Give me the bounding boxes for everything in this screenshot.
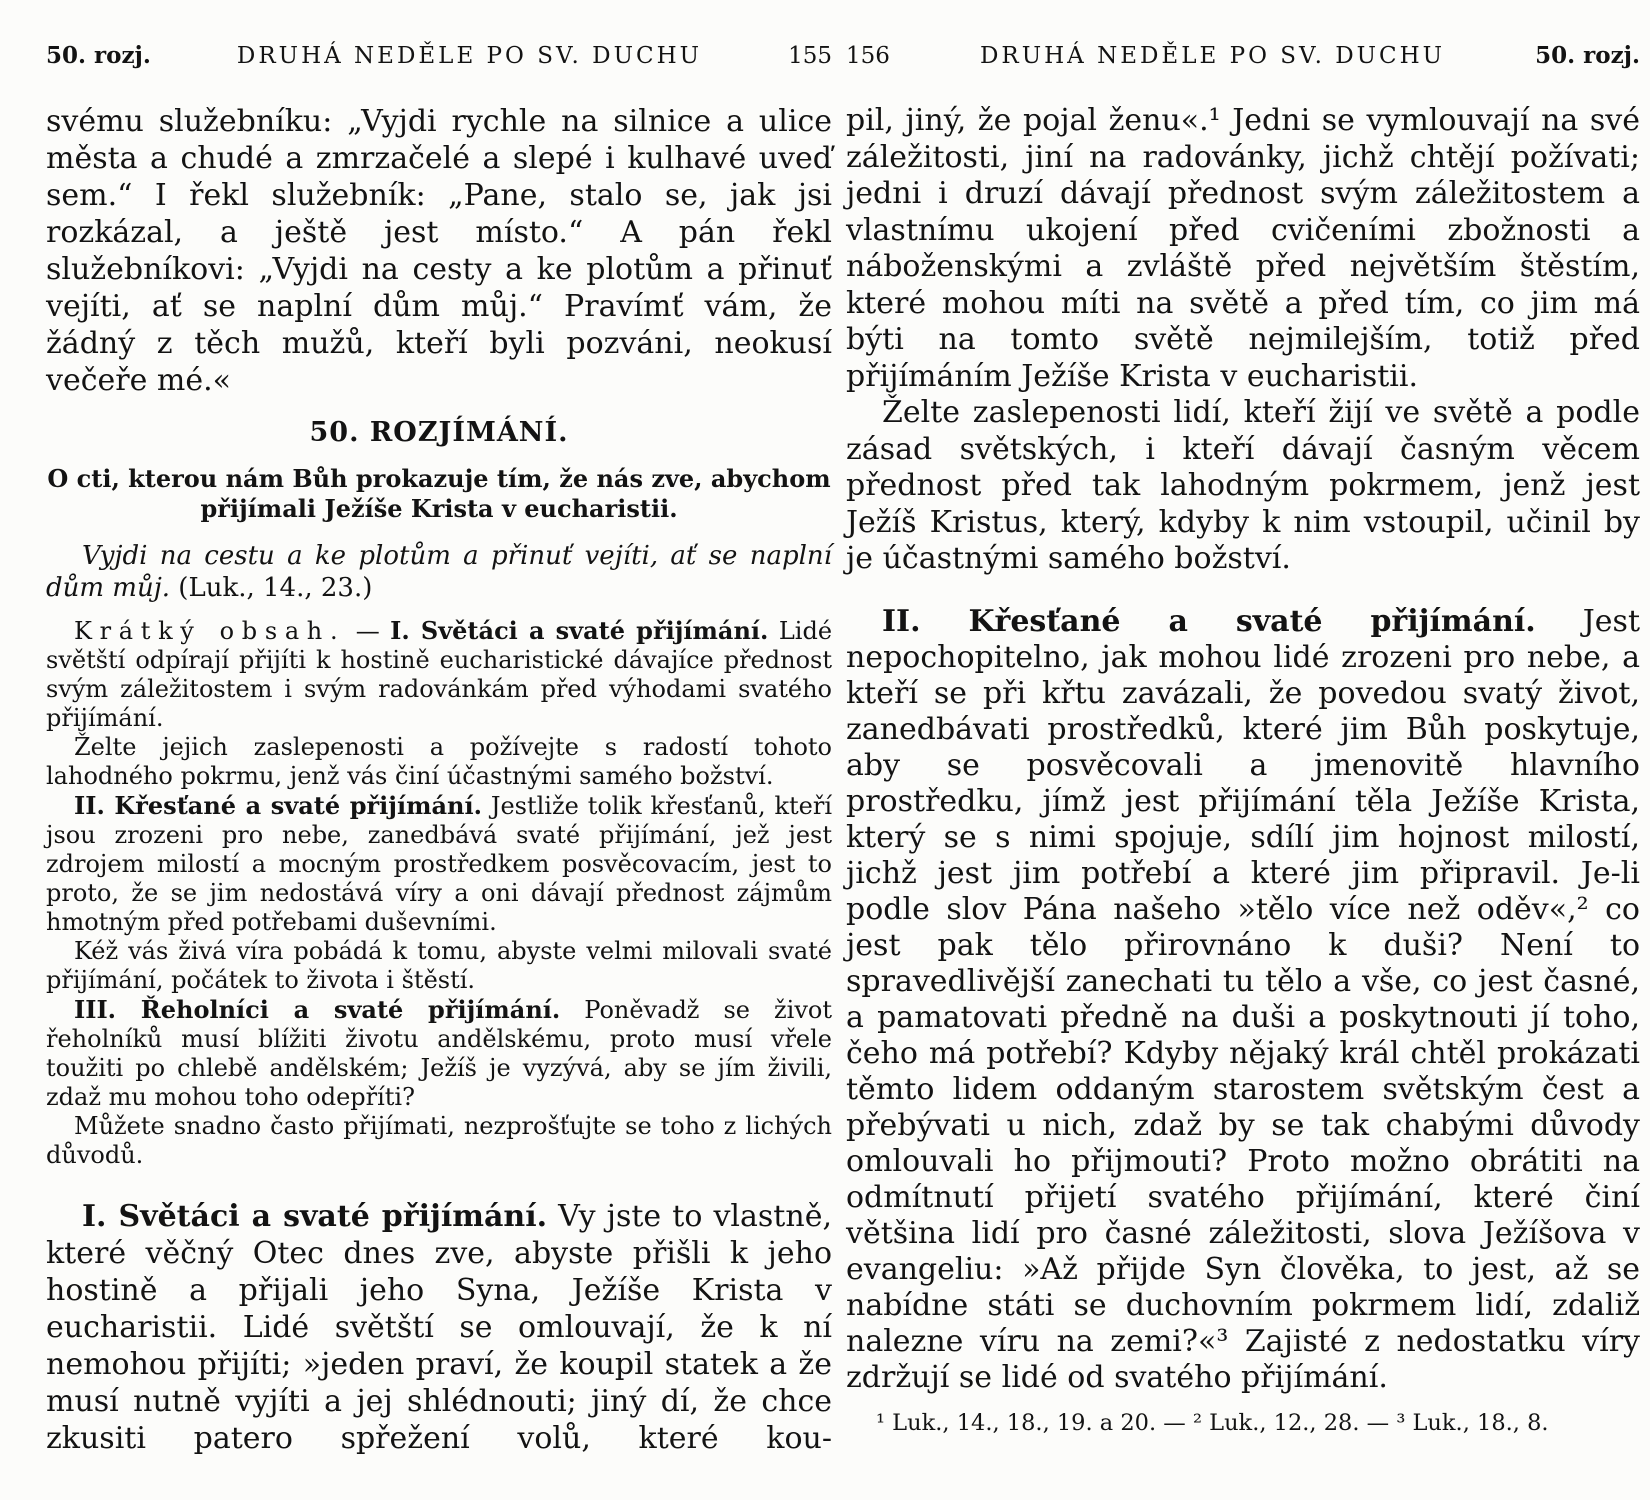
page-number: 156 (846, 43, 890, 69)
summary-paragraph-5: III. Řeholníci a svaté přijímání. Poněva… (46, 995, 832, 1112)
header-rozj-label: 50. rozj. (46, 42, 151, 69)
summary-lead-sep: — (345, 617, 390, 645)
inline-heading-svetaci: I. Světáci a svaté přijímání. (82, 1199, 547, 1234)
summary-heading-iii: III. Řeholníci a svaté přijímání. (74, 995, 560, 1024)
header-title: DRUHÁ NEDĚLE PO SV. DUCHU (980, 43, 1445, 69)
summary-paragraph-1: Krátký obsah. — I. Světáci a svaté přijí… (46, 616, 832, 733)
summary-lead: Krátký obsah. (74, 617, 345, 645)
scripture-reference: (Luk., 14., 23.) (170, 573, 372, 603)
body-text-krestane: Jest nepochopitelno, jak mohou lidé zroz… (846, 604, 1640, 1395)
header-rozj-label: 50. rozj. (1535, 42, 1640, 69)
inline-heading-krestane: II. Křesťané a svaté přijímání. (882, 604, 1536, 639)
footnote: ¹ Luk., 14., 18., 19. a 20. — ² Luk., 12… (846, 1410, 1640, 1437)
body-text-svetaci: Vy jste to vlastně, které věčný Otec dne… (46, 1199, 832, 1456)
summary-block: Krátký obsah. — I. Světáci a svaté přijí… (46, 616, 832, 1170)
meditation-subtitle: O cti, kterou nám Bůh prokazuje tím, že … (46, 464, 832, 524)
running-header-right: 156 DRUHÁ NEDĚLE PO SV. DUCHU 50. rozj. (846, 42, 1640, 69)
summary-paragraph-2: Želte jejich zaslepenosti a požívejte s … (46, 733, 832, 791)
scan-page-right: 156 DRUHÁ NEDĚLE PO SV. DUCHU 50. rozj. … (846, 42, 1640, 1437)
scripture-verse: Vyjdi na cestu a ke plotům a přinuť vejí… (46, 540, 832, 604)
scan-page-left: 50. rozj. DRUHÁ NEDĚLE PO SV. DUCHU 155 … (46, 42, 832, 1457)
page-number: 155 (788, 43, 832, 69)
summary-paragraph-4: Kéž vás živá víra pobádá k tomu, abyste … (46, 937, 832, 995)
body-paragraph-krestane: II. Křesťané a svaté přijímání. Jest nep… (846, 604, 1640, 1396)
scripture-text: Vyjdi na cestu a ke plotům a přinuť vejí… (46, 541, 832, 603)
body-paragraph-zelte: Želte zaslepenosti lidí, kteří žijí ve s… (846, 395, 1640, 578)
body-paragraph-continuation: pil, jiný, že pojal ženu«.¹ Jedni se vym… (846, 103, 1640, 395)
summary-paragraph-6: Můžete snadno často přijímati, nezprošťu… (46, 1112, 832, 1170)
body-paragraph-svetaci: I. Světáci a svaté přijímání. Vy jste to… (46, 1198, 832, 1457)
summary-heading-ii: II. Křesťané a svaté přijímání. (74, 791, 482, 820)
section-title: 50. ROZJÍMÁNÍ. (46, 417, 832, 448)
summary-heading-i: I. Světáci a svaté přijímání. (390, 616, 768, 645)
header-title: DRUHÁ NEDĚLE PO SV. DUCHU (237, 43, 702, 69)
summary-paragraph-3: II. Křesťané a svaté přijímání. Jestliže… (46, 791, 832, 937)
intro-paragraph: svému služebníku: „Vyjdi rychle na silni… (46, 103, 832, 399)
running-header-left: 50. rozj. DRUHÁ NEDĚLE PO SV. DUCHU 155 (46, 42, 832, 69)
